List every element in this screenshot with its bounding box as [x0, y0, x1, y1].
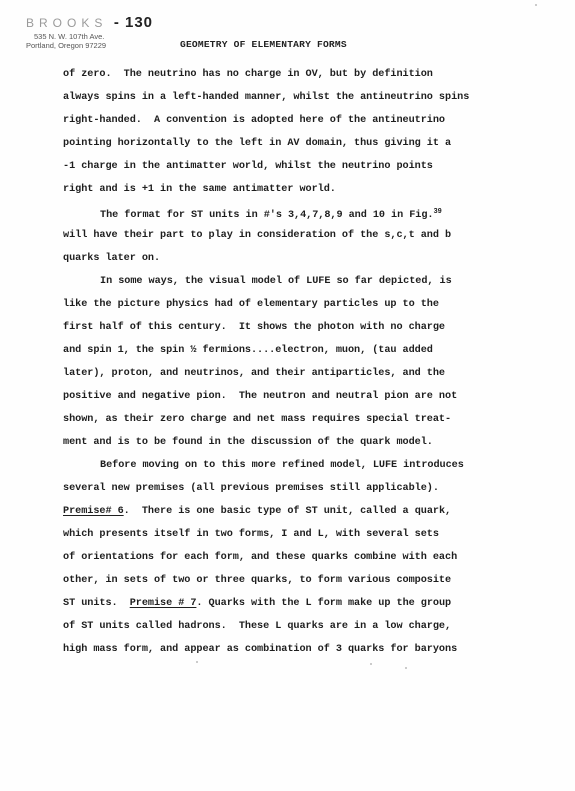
premise-label: Premise # 7: [130, 598, 197, 609]
text-line: pointing horizontally to the left in AV …: [63, 132, 523, 155]
line-text: high mass form, and appear as combinatio…: [63, 644, 457, 655]
line-text: Before moving on to this more refined mo…: [100, 460, 464, 471]
text-line: Before moving on to this more refined mo…: [63, 454, 523, 477]
text-line: will have their part to play in consider…: [63, 224, 523, 247]
figure-reference-superscript: 39: [434, 208, 442, 216]
line-text: always spins in a left-handed manner, wh…: [63, 92, 469, 103]
text-line: which presents itself in two forms, I an…: [63, 523, 523, 546]
scan-speck: [405, 667, 407, 669]
text-line: right-handed. A convention is adopted he…: [63, 109, 523, 132]
line-text: later), proton, and neutrinos, and their…: [63, 368, 445, 379]
line-text: -1 charge in the antimatter world, whils…: [63, 161, 433, 172]
text-line: Premise# 6. There is one basic type of S…: [63, 500, 523, 523]
line-text: quarks later on.: [63, 253, 160, 264]
text-line: -1 charge in the antimatter world, whils…: [63, 155, 523, 178]
line-text: of ST units called hadrons. These L quar…: [63, 621, 451, 632]
text-line: of zero. The neutrino has no charge in O…: [63, 63, 523, 86]
text-line: In some ways, the visual model of LUFE s…: [63, 270, 523, 293]
line-text: The format for ST units in #'s 3,4,7,8,9…: [100, 210, 434, 221]
line-text: of orientations for each form, and these…: [63, 552, 457, 563]
text-line: several new premises (all previous premi…: [63, 477, 523, 500]
line-prefix: ST units.: [63, 598, 130, 609]
premise-label: Premise# 6: [63, 506, 124, 517]
line-text: will have their part to play in consider…: [63, 230, 451, 241]
line-text: In some ways, the visual model of LUFE s…: [100, 276, 452, 287]
scan-speck: [535, 4, 537, 6]
page-number: - 130: [114, 14, 153, 31]
line-text: right-handed. A convention is adopted he…: [63, 115, 445, 126]
line-text: positive and negative pion. The neutron …: [63, 391, 457, 402]
line-text: several new premises (all previous premi…: [63, 483, 439, 494]
address-stamp: BROOKS - 130 535 N. W. 107th Ave. Portla…: [26, 14, 153, 50]
document-title: GEOMETRY OF ELEMENTARY FORMS: [180, 39, 347, 50]
line-text: right and is +1 in the same antimatter w…: [63, 184, 336, 195]
text-line: of orientations for each form, and these…: [63, 546, 523, 569]
text-line: always spins in a left-handed manner, wh…: [63, 86, 523, 109]
text-line: like the picture physics had of elementa…: [63, 293, 523, 316]
line-text: ment and is to be found in the discussio…: [63, 437, 433, 448]
text-line: later), proton, and neutrinos, and their…: [63, 362, 523, 385]
text-line: ST units. Premise # 7. Quarks with the L…: [63, 592, 523, 615]
line-text: . Quarks with the L form make up the gro…: [196, 598, 451, 609]
stamp-address-line1: 535 N. W. 107th Ave.: [26, 32, 153, 41]
line-text: like the picture physics had of elementa…: [63, 299, 439, 310]
text-line: positive and negative pion. The neutron …: [63, 385, 523, 408]
document-page: BROOKS - 130 535 N. W. 107th Ave. Portla…: [0, 0, 575, 791]
text-line: ment and is to be found in the discussio…: [63, 431, 523, 454]
text-line: quarks later on.: [63, 247, 523, 270]
text-line: other, in sets of two or three quarks, t…: [63, 569, 523, 592]
text-line: shown, as their zero charge and net mass…: [63, 408, 523, 431]
line-text: of zero. The neutrino has no charge in O…: [63, 69, 433, 80]
text-line: and spin 1, the spin ½ fermions....elect…: [63, 339, 523, 362]
text-line: first half of this century. It shows the…: [63, 316, 523, 339]
text-line: The format for ST units in #'s 3,4,7,8,9…: [63, 201, 523, 224]
scan-speck: [196, 661, 198, 663]
line-text: first half of this century. It shows the…: [63, 322, 445, 333]
line-text: other, in sets of two or three quarks, t…: [63, 575, 451, 586]
line-text: and spin 1, the spin ½ fermions....elect…: [63, 345, 433, 356]
stamp-name: BROOKS: [26, 16, 107, 30]
text-line: of ST units called hadrons. These L quar…: [63, 615, 523, 638]
line-text: which presents itself in two forms, I an…: [63, 529, 439, 540]
line-text: pointing horizontally to the left in AV …: [63, 138, 451, 149]
text-line: right and is +1 in the same antimatter w…: [63, 178, 523, 201]
line-text: shown, as their zero charge and net mass…: [63, 414, 451, 425]
stamp-address-line2: Portland, Oregon 97229: [26, 41, 153, 50]
document-body: of zero. The neutrino has no charge in O…: [63, 63, 523, 661]
line-text: . There is one basic type of ST unit, ca…: [124, 506, 451, 517]
scan-speck: [370, 663, 372, 665]
text-line: high mass form, and appear as combinatio…: [63, 638, 523, 661]
